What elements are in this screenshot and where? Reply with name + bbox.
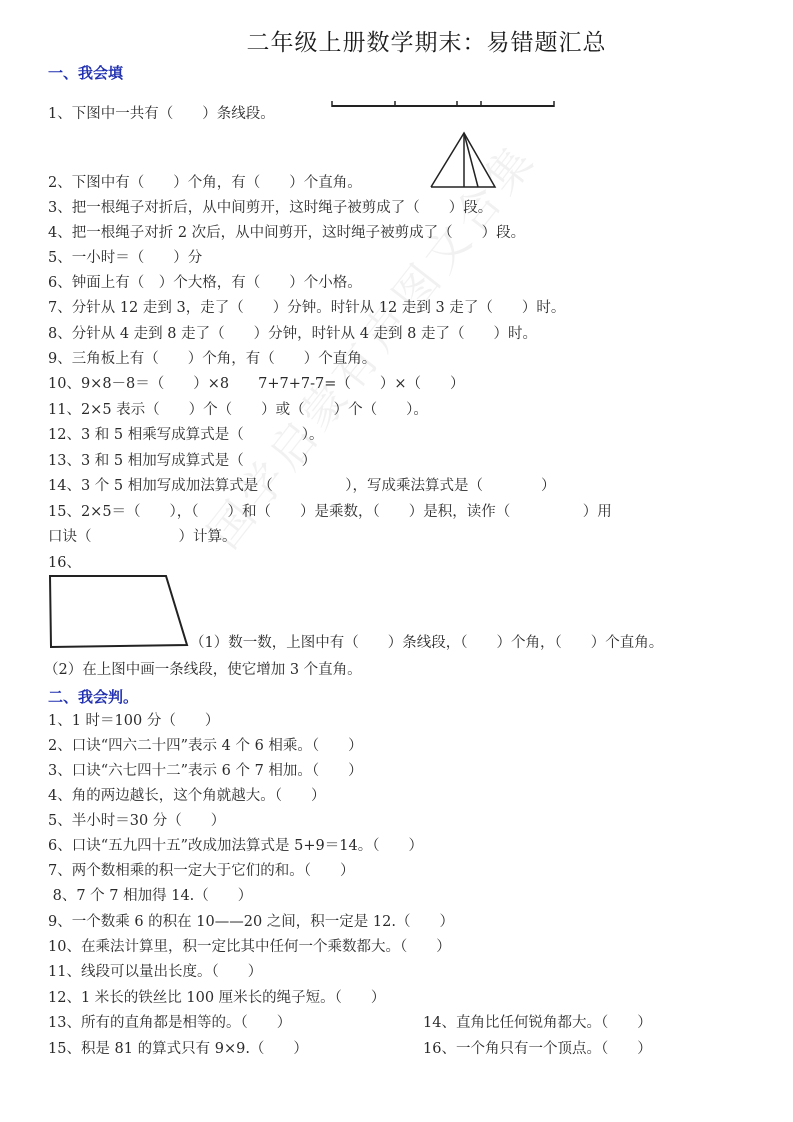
question-fill-14: 14、3 个 5 相加写成加法算式是（ ），写成乘法算式是（ ） xyxy=(48,476,555,496)
question-fill-4: 4、把一根绳子对折 2 次后，从中间剪开，这时绳子被剪成了（ ）段。 xyxy=(48,223,525,243)
question-fill-10: 10、9×8－8＝（ ）×8 7+7+7-7=（ ）×（ ） xyxy=(48,374,465,394)
question-fill-7: 7、分针从 12 走到 3，走了（ ）分钟。时针从 12 走到 3 走了（ ）时… xyxy=(48,298,565,318)
question-judge-3: 3、口诀“六七四十二”表示 6 个 7 相加。（ ） xyxy=(48,761,363,781)
page-title: 二年级上册数学期末：易错题汇总 xyxy=(0,24,793,57)
trapezoid-figure xyxy=(48,574,190,650)
question-fill-6: 6、钟面上有（ ）个大格，有（ ）个小格。 xyxy=(48,273,362,293)
triangle-angles-figure xyxy=(428,130,498,190)
question-fill-8: 8、分针从 4 走到 8 走了（ ）分钟，时针从 4 走到 8 走了（ ）时。 xyxy=(48,324,537,344)
question-fill-16: 16、 xyxy=(48,553,81,573)
question-fill-12: 12、3 和 5 相乘写成算式是（ ）。 xyxy=(48,425,323,445)
question-fill-13: 13、3 和 5 相加写成算式是（ ） xyxy=(48,451,316,471)
question-fill-15-cont: 口诀（ ）计算。 xyxy=(48,527,237,547)
question-judge-16: 16、一个角只有一个顶点。（ ） xyxy=(423,1039,652,1059)
question-judge-14: 14、直角比任何锐角都大。（ ） xyxy=(423,1013,652,1033)
question-fill-9: 9、三角板上有（ ）个角，有（ ）个直角。 xyxy=(48,349,376,369)
question-judge-5: 5、半小时＝30 分（ ） xyxy=(48,811,225,831)
question-fill-15: 15、2×5＝（ ），（ ）和（ ）是乘数，（ ）是积，读作（ ）用 xyxy=(48,502,612,522)
question-judge-9: 9、一个数乘 6 的积在 10——20 之间，积一定是 12.（ ） xyxy=(48,912,454,932)
question-judge-10: 10、在乘法计算里，积一定比其中任何一个乘数都大。（ ） xyxy=(48,937,451,957)
question-judge-6: 6、口诀“五九四十五”改成加法算式是 5+9＝14。（ ） xyxy=(48,836,423,856)
question-fill-11: 11、2×5 表示（ ）个（ ）或（ ）个（ ）。 xyxy=(48,400,428,420)
question-judge-4: 4、角的两边越长，这个角就越大。（ ） xyxy=(48,786,325,806)
question-judge-15: 15、积是 81 的算式只有 9×9.（ ） xyxy=(48,1039,308,1059)
section-heading-fill: 一、我会填 xyxy=(48,62,123,83)
question-fill-3: 3、把一根绳子对折后，从中间剪开，这时绳子被剪成了（ ）段。 xyxy=(48,198,492,218)
question-judge-8: 8、7 个 7 相加得 14.（ ） xyxy=(48,886,252,906)
section-heading-judge: 二、我会判。 xyxy=(48,686,138,707)
question-judge-2: 2、口诀“四六二十四”表示 4 个 6 相乘。（ ） xyxy=(48,736,363,756)
question-fill-16-part2: （2）在上图中画一条线段，使它增加 3 个直角。 xyxy=(44,660,362,680)
question-judge-7: 7、两个数相乘的积一定大于它们的和。（ ） xyxy=(48,861,354,881)
question-judge-1: 1、1 时＝100 分（ ） xyxy=(48,711,219,731)
question-fill-1: 1、下图中一共有（ ）条线段。 xyxy=(48,104,275,124)
question-fill-16-part1: （1）数一数，上图中有（ ）条线段，（ ）个角，（ ）个直角。 xyxy=(190,633,663,653)
question-fill-5: 5、一小时＝（ ）分 xyxy=(48,248,202,268)
question-judge-11: 11、线段可以量出长度。（ ） xyxy=(48,962,262,982)
question-judge-12: 12、1 米长的铁丝比 100 厘米长的绳子短。（ ） xyxy=(48,988,385,1008)
line-segment-figure xyxy=(330,96,560,116)
question-judge-13: 13、所有的直角都是相等的。（ ） xyxy=(48,1013,291,1033)
question-fill-2: 2、下图中有（ ）个角，有（ ）个直角。 xyxy=(48,173,362,193)
